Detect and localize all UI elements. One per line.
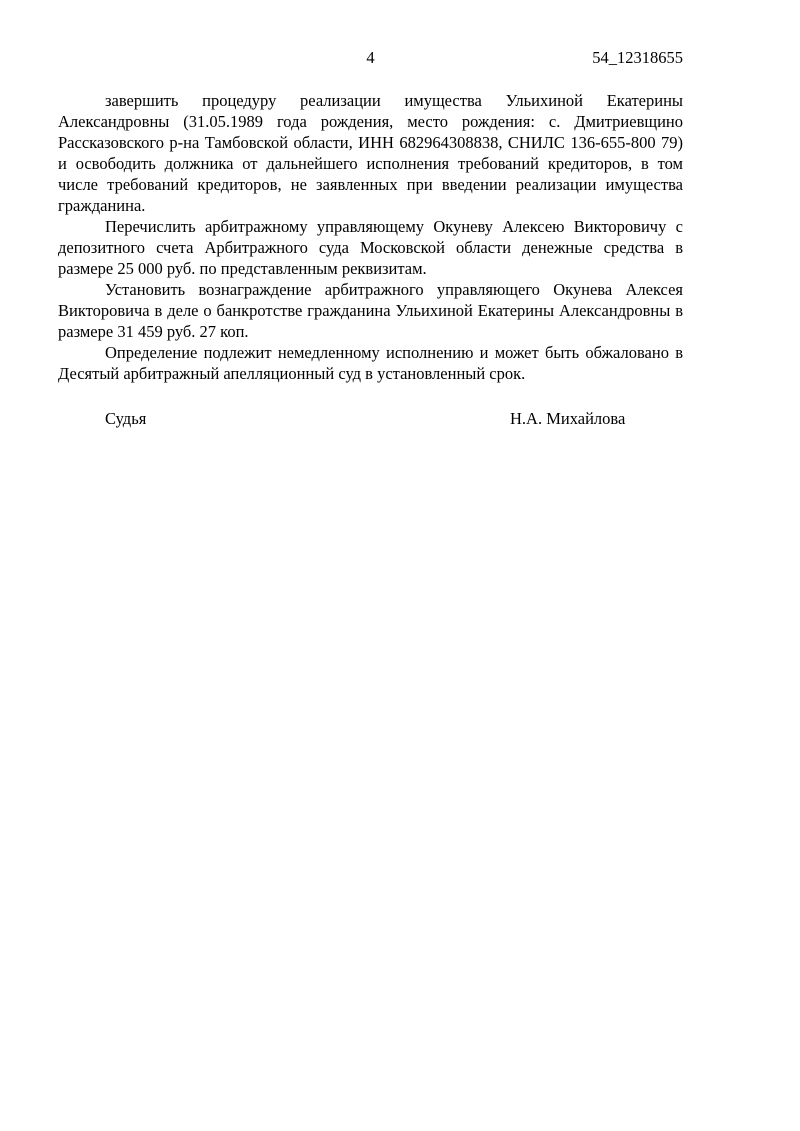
paragraph-resolution-4: Определение подлежит немедленному исполн… bbox=[58, 342, 683, 384]
page-number: 4 bbox=[366, 48, 374, 68]
paragraph-resolution-2: Перечислить арбитражному управляющему Ок… bbox=[58, 216, 683, 279]
paragraph-resolution-3: Установить вознаграждение арбитражного у… bbox=[58, 279, 683, 342]
document-body: завершить процедуру реализации имущества… bbox=[58, 90, 683, 429]
judge-role-label: Судья bbox=[105, 408, 146, 429]
document-page: 4 54_12318655 завершить процедуру реализ… bbox=[0, 0, 800, 1131]
page-header: 4 54_12318655 bbox=[58, 48, 683, 68]
signature-block: Судья Н.А. Михайлова bbox=[58, 408, 683, 429]
document-id: 54_12318655 bbox=[592, 48, 683, 68]
paragraph-resolution-1: завершить процедуру реализации имущества… bbox=[58, 90, 683, 216]
judge-name: Н.А. Михайлова bbox=[510, 408, 625, 429]
